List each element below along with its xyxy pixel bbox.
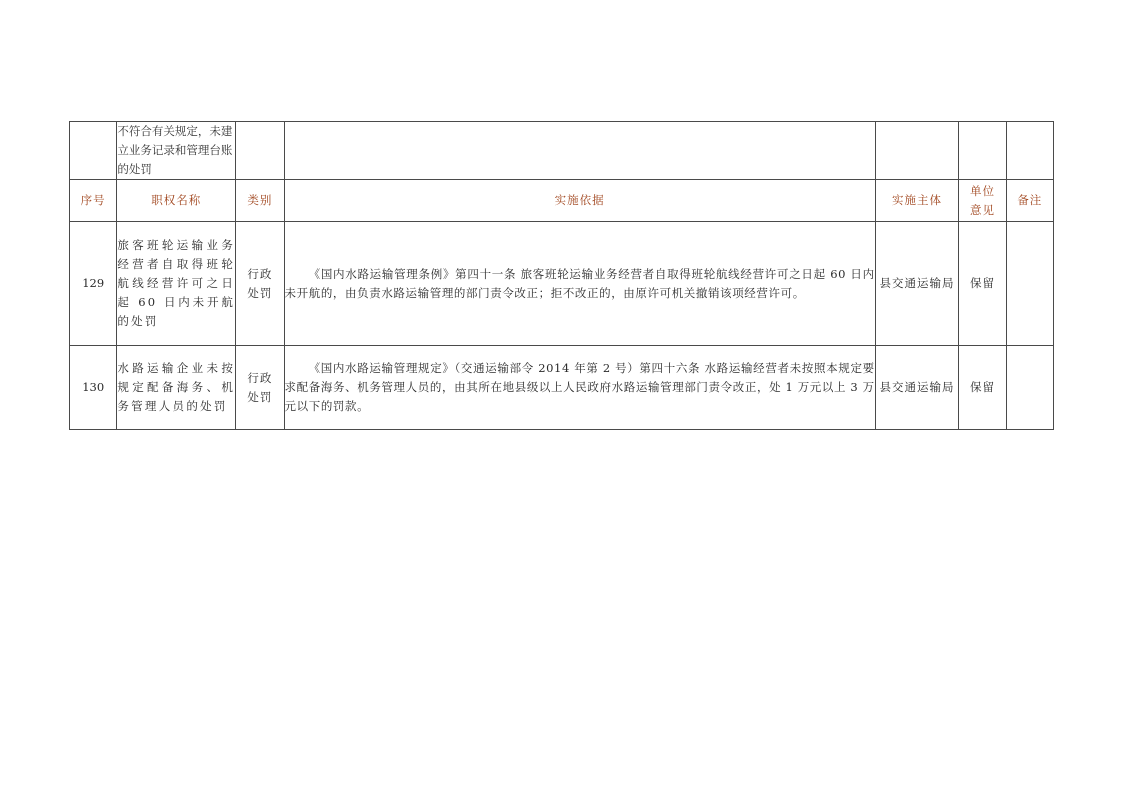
document-page: 不符合有关规定，未建立业务记录和管理台账的处罚 序号 职权名称 类别 实施依据 … xyxy=(0,0,1122,793)
row-seq: 130 xyxy=(70,346,117,430)
continuation-row: 不符合有关规定，未建立业务记录和管理台账的处罚 xyxy=(70,122,1054,180)
continuation-opinion-cell xyxy=(959,122,1006,180)
row-type: 行政 处罚 xyxy=(236,346,284,430)
continuation-seq-cell xyxy=(70,122,117,180)
row-type-line2: 处罚 xyxy=(236,388,283,407)
header-opinion: 单位 意见 xyxy=(959,180,1006,222)
continuation-note-cell xyxy=(1006,122,1053,180)
header-body: 实施主体 xyxy=(875,180,959,222)
row-basis-text: 《国内水路运输管理规定》（交通运输部令 2014 年第 2 号）第四十六条 水路… xyxy=(285,361,875,413)
row-opinion: 保留 xyxy=(959,222,1006,346)
continuation-name-cell: 不符合有关规定，未建立业务记录和管理台账的处罚 xyxy=(117,122,236,180)
header-opinion-line2: 意见 xyxy=(959,201,1005,220)
row-basis: 《国内水路运输管理条例》第四十一条 旅客班轮运输业务经营者自取得班轮航线经营许可… xyxy=(284,222,875,346)
row-body: 县交通运输局 xyxy=(875,222,959,346)
row-name: 旅客班轮运输业务经营者自取得班轮航线经营许可之日起 60 日内未开航的处罚 xyxy=(117,222,236,346)
row-note xyxy=(1006,222,1053,346)
row-type-line1: 行政 xyxy=(236,265,283,284)
row-name: 水路运输企业未按规定配备海务、机务管理人员的处罚 xyxy=(117,346,236,430)
header-note: 备注 xyxy=(1006,180,1053,222)
table-row: 130 水路运输企业未按规定配备海务、机务管理人员的处罚 行政 处罚 《国内水路… xyxy=(70,346,1054,430)
table-header-row: 序号 职权名称 类别 实施依据 实施主体 单位 意见 备注 xyxy=(70,180,1054,222)
continuation-body-cell xyxy=(875,122,959,180)
continuation-basis-cell xyxy=(284,122,875,180)
row-body: 县交通运输局 xyxy=(875,346,959,430)
row-type-line1: 行政 xyxy=(236,369,283,388)
row-type-line2: 处罚 xyxy=(236,284,283,303)
header-opinion-line1: 单位 xyxy=(959,182,1005,201)
header-type: 类别 xyxy=(236,180,284,222)
row-type: 行政 处罚 xyxy=(236,222,284,346)
row-basis: 《国内水路运输管理规定》（交通运输部令 2014 年第 2 号）第四十六条 水路… xyxy=(284,346,875,430)
header-name: 职权名称 xyxy=(117,180,236,222)
authority-list-table: 不符合有关规定，未建立业务记录和管理台账的处罚 序号 职权名称 类别 实施依据 … xyxy=(69,121,1054,430)
header-basis: 实施依据 xyxy=(284,180,875,222)
table-row: 129 旅客班轮运输业务经营者自取得班轮航线经营许可之日起 60 日内未开航的处… xyxy=(70,222,1054,346)
header-seq: 序号 xyxy=(70,180,117,222)
row-seq: 129 xyxy=(70,222,117,346)
row-opinion: 保留 xyxy=(959,346,1006,430)
continuation-type-cell xyxy=(236,122,284,180)
row-note xyxy=(1006,346,1053,430)
row-basis-text: 《国内水路运输管理条例》第四十一条 旅客班轮运输业务经营者自取得班轮航线经营许可… xyxy=(285,267,875,300)
